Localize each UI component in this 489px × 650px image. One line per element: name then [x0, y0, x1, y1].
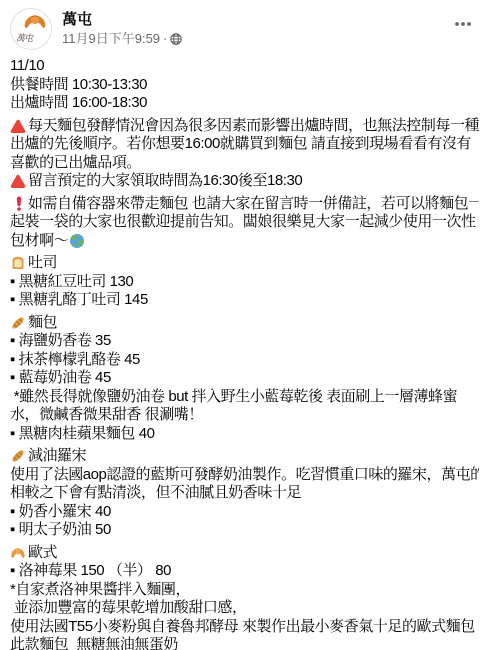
post-line-text: ▪ 洛神莓果 150 （半） 80	[10, 562, 171, 581]
post-line-text: 出爐的先後順序。若你想要16:00就購買到麵包 請直接到現場看看有沒有	[10, 135, 471, 154]
post-line: 此款麵包_無糖無油無蛋奶	[10, 636, 479, 650]
post-line: 11/10	[10, 57, 479, 76]
post-line section-header: 麵包	[10, 314, 479, 333]
post-line-text: ▪ 明太子奶油 50	[10, 521, 111, 540]
post-line: 喜歡的已出爐品項。	[10, 154, 479, 173]
post-line-text: 吐司	[28, 254, 57, 273]
post-line-text: 使用了法國aop認證的藍斯可發酵奶油製作。吃習慣重口味的羅宋，萬屯的	[10, 466, 479, 485]
post-line menu-item: ▪ 抹茶檸檬乳酪卷 45	[10, 351, 479, 370]
post-line menu-item: ▪ 海鹽奶香卷 35	[10, 332, 479, 351]
baguette-icon	[10, 448, 27, 464]
post-line-text: 出爐時間 16:00-18:30	[10, 94, 147, 113]
post-line menu-item: ▪ 黑糖肉桂蘋果麵包 40	[10, 425, 479, 444]
avatar-calligraphy-text: 萬屯	[16, 35, 32, 44]
post-line-text: 包材啊～	[10, 232, 68, 251]
post-line section-header: 歐式	[10, 544, 479, 563]
globe-icon	[170, 33, 182, 45]
post-line menu-item: ▪ 洛神莓果 150 （半） 80	[10, 562, 479, 581]
post-line-text: 11/10	[10, 57, 44, 76]
post-line: 如需自備容器來帶走麵包 也請大家在留言時一併備註，若可以將麵包一	[10, 195, 479, 214]
post-line-text: ▪ 黑糖紅豆吐司 130	[10, 273, 133, 292]
post-line: 使用了法國aop認證的藍斯可發酵奶油製作。吃習慣重口味的羅宋，萬屯的	[10, 466, 479, 485]
timestamp-text: 11月9日下午9:59	[62, 31, 160, 47]
post-line-text: *自家煮洛神果醬拌入麵團，	[10, 581, 190, 600]
post-line-text: 相較之下會有點清淡，但不油膩且奶香味十足	[10, 484, 301, 503]
post-line menu-item: ▪ 明太子奶油 50	[10, 521, 479, 540]
baguette-icon	[10, 315, 27, 331]
page-name[interactable]: 萬屯	[62, 10, 447, 29]
post-line-text: *雖然長得就像鹽奶油卷 but 拌入野生小藍莓乾後 表面刷上一層薄蜂蜜	[10, 388, 457, 407]
post-line-text: 減油羅宋	[28, 447, 86, 466]
post-line: *雖然長得就像鹽奶油卷 but 拌入野生小藍莓乾後 表面刷上一層薄蜂蜜	[10, 388, 479, 407]
post-line-text: 使用法國T55小麥粉與自養魯邦酵母 來製作出最小麥香氣十足的歐式麵包	[10, 618, 475, 637]
post-line menu-item: ▪ 黑糖紅豆吐司 130	[10, 273, 479, 292]
post-line menu-item: ▪ 黑糖乳酪丁吐司 145	[10, 291, 479, 310]
red-triangle-icon	[10, 173, 27, 189]
post-line menu-item: ▪ 藍莓奶油卷 45	[10, 369, 479, 388]
more-options-button[interactable]	[447, 8, 479, 40]
post-line: 出爐的先後順序。若你想要16:00就購買到麵包 請直接到現場看看有沒有	[10, 135, 479, 154]
post-line section-header: 吐司	[10, 254, 479, 273]
post-line-text: 麵包	[28, 314, 57, 333]
post-line-text: ▪ 海鹽奶香卷 35	[10, 332, 111, 351]
post-line-text: 供餐時間 10:30-13:30	[10, 76, 147, 95]
three-dots-icon	[453, 14, 473, 34]
post-line: 包材啊～	[10, 232, 479, 251]
post-line: 並添加豐富的莓果乾增加酸甜口感，	[10, 599, 479, 618]
post-line-text: 每天麵包發酵情況會因為很多因素而影響出爐時間，也無法控制每一種	[28, 117, 479, 136]
red-exclamation-icon	[10, 196, 27, 212]
post-line: 水，微鹹香微果甜香 很涮嘴！	[10, 406, 479, 425]
post-line: 相較之下會有點清淡，但不油膩且奶香味十足	[10, 484, 479, 503]
toast-bread-icon	[10, 255, 27, 271]
post-line-text: 水，微鹹香微果甜香 很涮嘴！	[10, 406, 203, 425]
post-line-text: ▪ 抹茶檸檬乳酪卷 45	[10, 351, 140, 370]
timestamp-separator: ·	[163, 31, 167, 47]
post-header: 萬屯 萬屯 11月9日下午9:59 ·	[0, 0, 489, 50]
post-line: 每天麵包發酵情況會因為很多因素而影響出爐時間，也無法控制每一種	[10, 117, 479, 136]
earth-globe-icon	[69, 233, 86, 249]
post-body: 11/10 供餐時間 10:30-13:30 出爐時間 16:00-18:30 …	[0, 57, 489, 650]
post-line: *自家煮洛神果醬拌入麵團，	[10, 581, 479, 600]
post-line: 出爐時間 16:00-18:30	[10, 94, 479, 113]
post-line-text: 起裝一袋的大家也很歡迎提前告知。闆娘很樂見大家一起減少使用一次性	[10, 213, 476, 232]
post-line-text: 此款麵包_無糖無油無蛋奶	[10, 636, 178, 650]
post-line: 供餐時間 10:30-13:30	[10, 76, 479, 95]
post-line menu-item: ▪ 奶香小羅宋 40	[10, 503, 479, 522]
post-line-text: ▪ 黑糖肉桂蘋果麵包 40	[10, 425, 155, 444]
post-line: 使用法國T55小麥粉與自養魯邦酵母 來製作出最小麥香氣十足的歐式麵包	[10, 618, 479, 637]
post-line-text: 歐式	[28, 544, 57, 563]
post-line-text: ▪ 黑糖乳酪丁吐司 145	[10, 291, 148, 310]
croissant-icon	[10, 545, 27, 561]
post-line: 留言預定的大家領取時間為16:30後至18:30	[10, 172, 479, 191]
post-line: 起裝一袋的大家也很歡迎提前告知。闆娘很樂見大家一起減少使用一次性	[10, 213, 479, 232]
post-line-text: 如需自備容器來帶走麵包 也請大家在留言時一併備註，若可以將麵包一	[28, 195, 479, 214]
post-line-text: 喜歡的已出爐品項。	[10, 154, 141, 173]
header-info: 萬屯 11月9日下午9:59 ·	[62, 8, 447, 47]
post-line-text: 並添加豐富的莓果乾增加酸甜口感，	[10, 599, 247, 618]
post-timestamp[interactable]: 11月9日下午9:59 ·	[62, 31, 447, 47]
post-line section-header: 減油羅宋	[10, 447, 479, 466]
post-line-text: ▪ 奶香小羅宋 40	[10, 503, 111, 522]
post-line-text: 留言預定的大家領取時間為16:30後至18:30	[28, 172, 302, 191]
red-triangle-icon	[10, 118, 27, 134]
avatar[interactable]: 萬屯	[10, 8, 52, 50]
post-line-text: ▪ 藍莓奶油卷 45	[10, 369, 111, 388]
